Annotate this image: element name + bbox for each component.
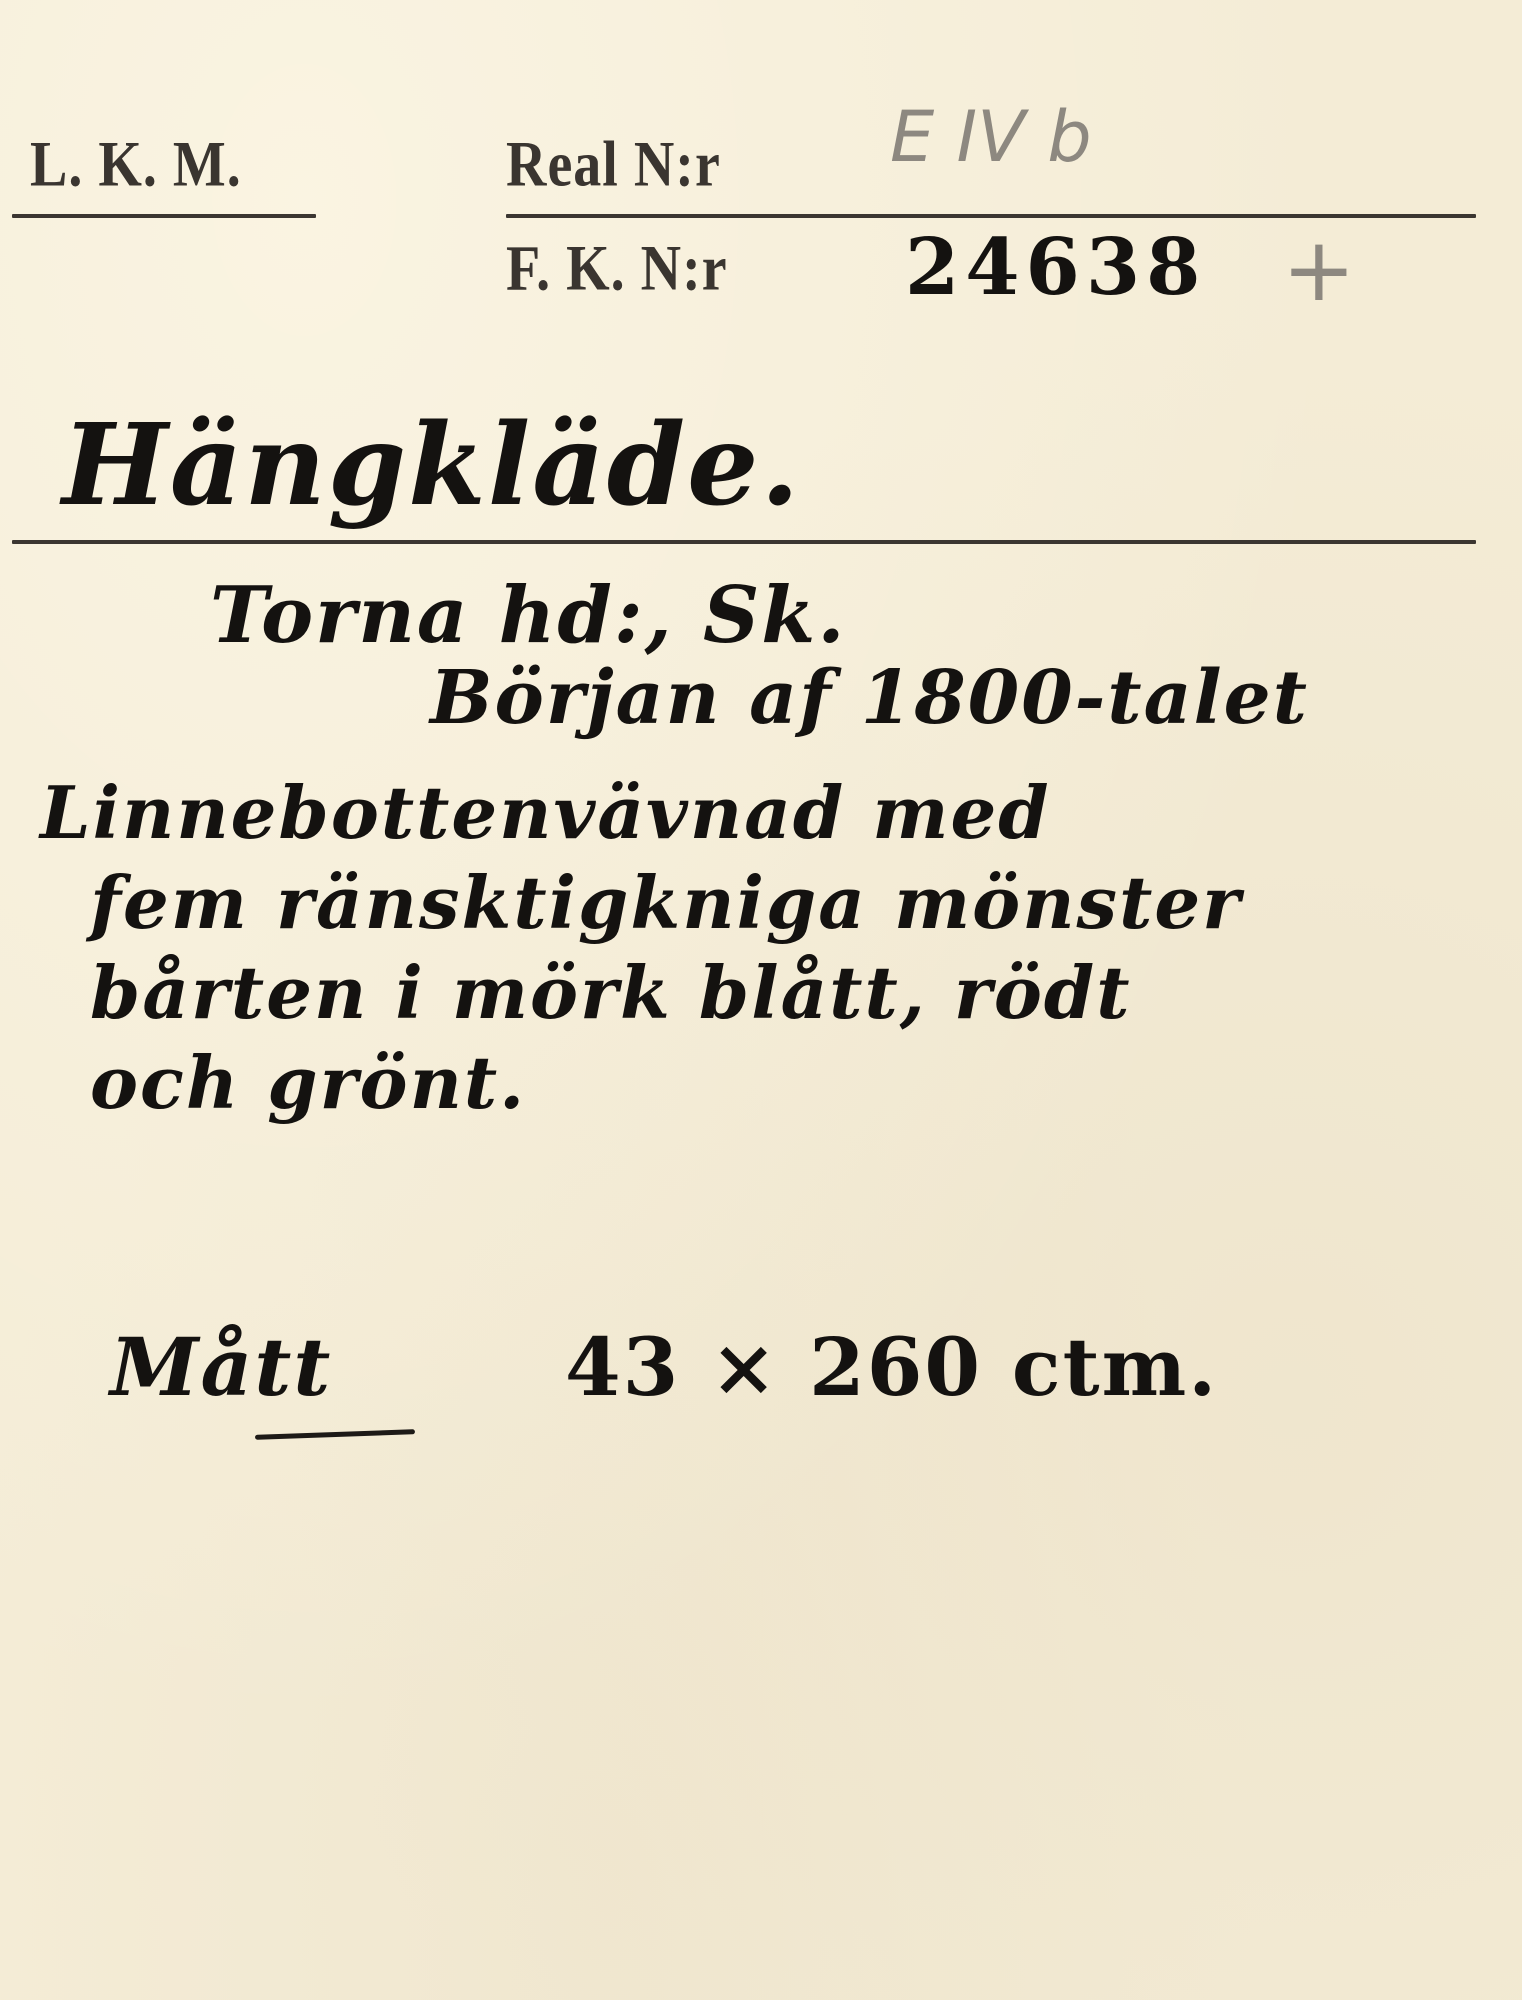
catalog-card: L. K. M. Real N:r E IV b F. K. N:r 24638… [0,0,1522,2000]
description-line-1: Linnebottenvävnad med [40,770,1051,855]
provenance-place: Torna hd:, Sk. [210,570,847,661]
measurement-value: 43 × 260 ctm. [565,1320,1218,1414]
description-line-4: och grönt. [90,1040,526,1125]
title-rule [12,540,1476,544]
provenance-date: Början af 1800-talet [430,655,1309,741]
header-rule-left [12,214,316,218]
real-nr-label: Real N:r [506,128,721,202]
measurement-label-underline [255,1429,415,1440]
description-line-3: bårten i mörk blått, rödt [90,950,1131,1035]
fk-nr-value: 24638 [905,222,1206,313]
object-title: Hängkläde. [62,400,801,531]
description-line-2: fem ränsktigkniga mönster [90,860,1242,945]
institution-label: L. K. M. [30,128,242,202]
fk-nr-label: F. K. N:r [506,232,728,306]
fk-nr-mark: + [1282,218,1356,321]
measurement-label: Mått [110,1320,332,1414]
real-nr-value: E IV b [890,96,1092,178]
